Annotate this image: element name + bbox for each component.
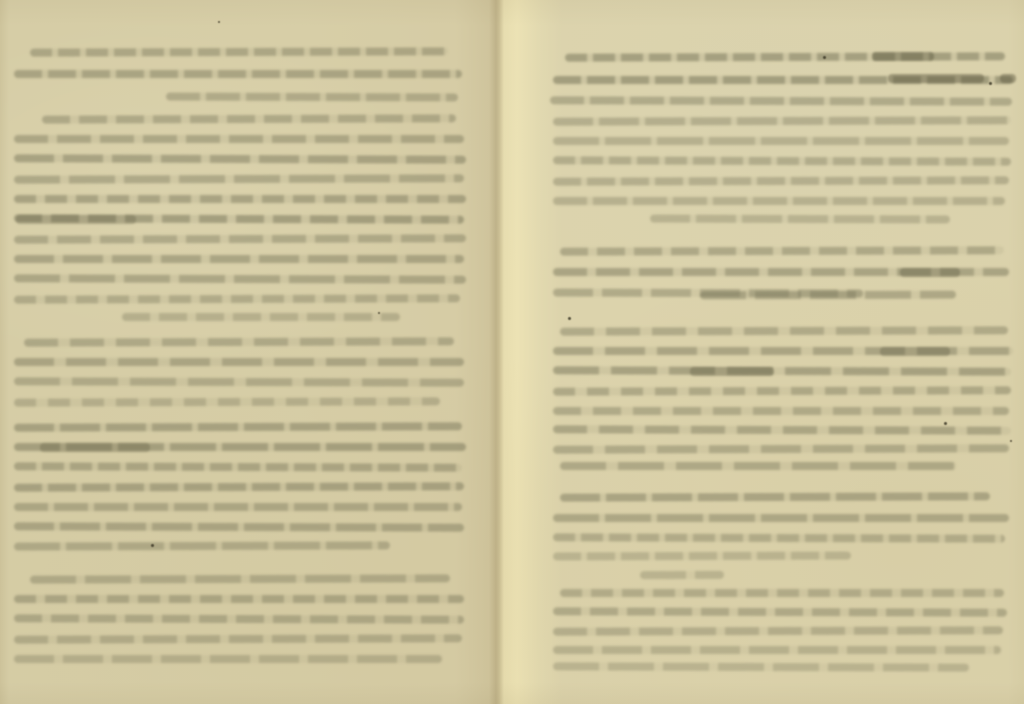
faded-text-line <box>550 96 1012 105</box>
faded-text-line <box>14 255 464 263</box>
ink-speck <box>1010 440 1012 442</box>
faded-text-line <box>14 274 466 283</box>
faded-text-line <box>14 234 466 243</box>
ink-speck <box>151 544 154 547</box>
faded-text-line <box>553 533 1005 542</box>
faded-text-line <box>553 116 1011 125</box>
faded-text-line <box>42 114 456 123</box>
faded-text-line <box>650 215 950 224</box>
faded-text-line <box>565 52 1005 61</box>
darker-ink-mark <box>40 443 150 452</box>
faded-text-line <box>14 174 464 183</box>
faded-text-line <box>14 135 464 143</box>
faded-text-line <box>30 574 450 583</box>
ink-speck <box>989 82 992 85</box>
faded-text-line <box>14 482 464 491</box>
faded-text-line <box>553 156 1011 165</box>
faded-text-line <box>14 503 462 511</box>
ink-speck <box>218 21 220 23</box>
faded-text-line <box>553 425 1011 434</box>
faded-text-line <box>14 195 466 203</box>
faded-text-line <box>14 294 460 303</box>
faded-text-line <box>553 444 1009 453</box>
faded-text-line <box>14 70 462 78</box>
faded-text-line <box>553 662 969 671</box>
faded-text-line <box>14 422 462 431</box>
faded-text-line <box>14 154 466 163</box>
faded-text-line <box>14 541 390 550</box>
faded-text-line <box>640 571 724 579</box>
faded-text-line <box>553 626 1003 635</box>
darker-ink-mark <box>888 74 984 83</box>
ink-speck <box>944 422 947 425</box>
darker-ink-mark <box>16 215 136 224</box>
faded-text-line <box>553 366 1011 375</box>
faded-text-line <box>553 646 1001 654</box>
faded-text-line <box>14 377 464 386</box>
darker-ink-mark <box>872 52 934 61</box>
faded-text-line <box>166 93 458 102</box>
faded-text-line <box>560 326 1008 335</box>
book-spread-scan <box>0 0 1024 704</box>
faded-text-line <box>553 407 1009 415</box>
faded-text-line <box>14 595 464 603</box>
faded-text-line <box>553 197 1005 205</box>
faded-text-line <box>553 514 1009 522</box>
darker-ink-mark <box>690 367 774 376</box>
faded-text-line <box>14 522 464 531</box>
faded-text-line <box>14 614 464 623</box>
faded-text-line <box>14 634 462 643</box>
faded-text-line <box>560 246 1004 255</box>
faded-text-line <box>24 337 454 346</box>
faded-text-line <box>560 492 990 501</box>
ink-speck <box>568 317 571 320</box>
faded-text-line <box>30 47 448 56</box>
faded-text-line <box>560 462 956 470</box>
ink-speck <box>378 312 380 314</box>
faded-text-line <box>560 589 1004 597</box>
faded-text-line <box>14 462 462 471</box>
book-page-left <box>0 0 497 704</box>
darker-ink-mark <box>900 268 960 277</box>
faded-text-line <box>553 607 1007 616</box>
faded-text-line <box>122 313 400 321</box>
faded-text-line <box>14 358 464 366</box>
faded-text-line <box>700 291 956 300</box>
faded-text-line <box>14 397 440 406</box>
faded-text-line <box>14 655 442 663</box>
faded-text-line <box>553 137 1009 145</box>
darker-ink-mark <box>1000 74 1016 83</box>
darker-ink-mark <box>880 347 950 356</box>
faded-text-line <box>553 176 1009 185</box>
ink-speck <box>823 56 826 59</box>
faded-text-line <box>553 552 851 561</box>
faded-text-line <box>553 386 1011 395</box>
